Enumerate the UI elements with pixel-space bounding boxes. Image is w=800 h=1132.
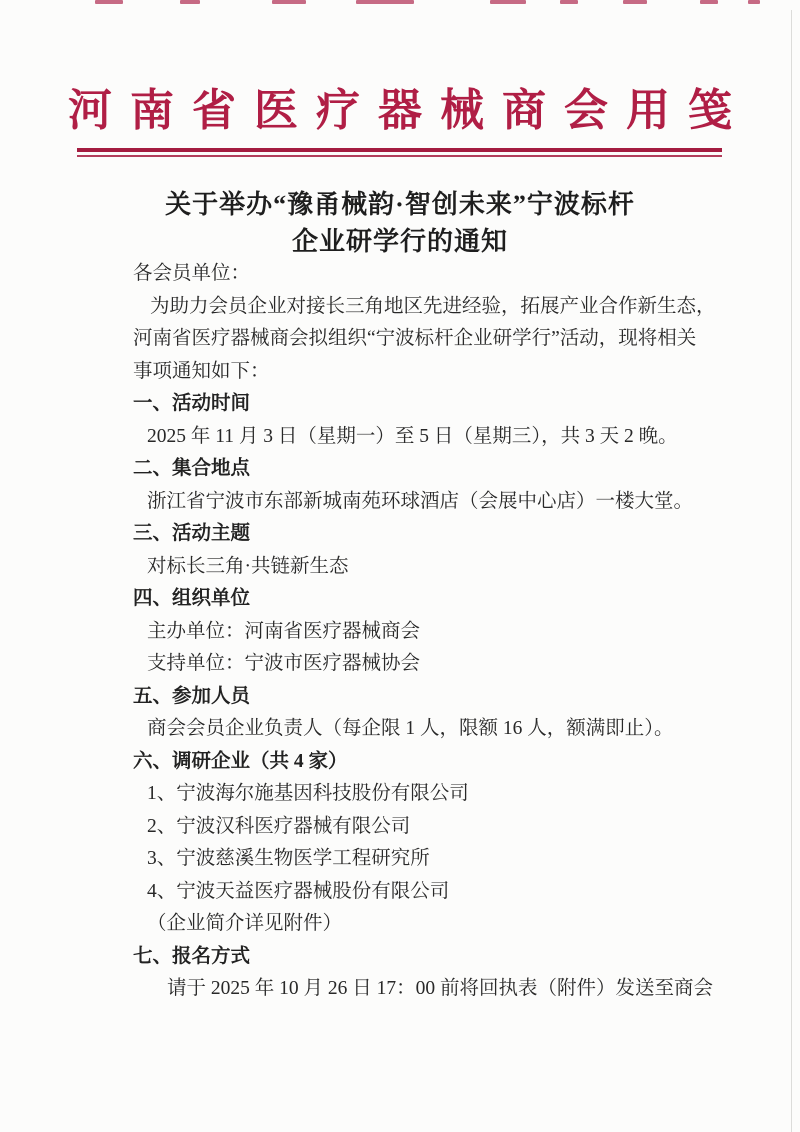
section-line: 对标长三角·共链新生态 xyxy=(133,551,713,584)
section-line: 1、宁波海尔施基因科技股份有限公司 xyxy=(133,778,713,811)
notice-title-line1: 关于举办“豫甬械韵·智创未来”宁波标杆 xyxy=(0,186,800,223)
section-heading: 三、活动主题 xyxy=(133,518,713,551)
section-line: 2025 年 11 月 3 日（星期一）至 5 日（星期三），共 3 天 2 晚… xyxy=(133,421,713,454)
notice-sections: 一、活动时间2025 年 11 月 3 日（星期一）至 5 日（星期三），共 3… xyxy=(133,388,713,1006)
scanned-notice-page: 河南省医疗器械商会用笺 关于举办“豫甬械韵·智创未来”宁波标杆 企业研学行的通知… xyxy=(0,0,800,1132)
section-line: 4、宁波天益医疗器械股份有限公司 xyxy=(133,876,713,909)
section-heading: 一、活动时间 xyxy=(133,388,713,421)
section-line: 支持单位：宁波市医疗器械协会 xyxy=(133,648,713,681)
letterhead-rule-thick xyxy=(77,148,722,152)
intro-line: 事项通知如下： xyxy=(133,356,713,389)
section-line: 主办单位：河南省医疗器械商会 xyxy=(133,616,713,649)
scan-mark xyxy=(272,0,306,4)
letterhead-title: 河南省医疗器械商会用笺 xyxy=(0,84,800,138)
section-heading: 四、组织单位 xyxy=(133,583,713,616)
scan-artifact-right-edge xyxy=(791,10,792,1132)
section-heading: 五、参加人员 xyxy=(133,681,713,714)
scan-mark xyxy=(700,0,718,4)
section-line: 浙江省宁波市东部新城南苑环球酒店（会展中心店）一楼大堂。 xyxy=(133,486,713,519)
section-heading: 七、报名方式 xyxy=(133,941,713,974)
scan-mark xyxy=(95,0,123,4)
section-heading: 六、调研企业（共 4 家） xyxy=(133,746,713,779)
scan-mark xyxy=(623,0,647,4)
notice-body: 各会员单位： 为助力会员企业对接长三角地区先进经验，拓展产业合作新生态， 河南省… xyxy=(133,258,713,1006)
notice-title-line2: 企业研学行的通知 xyxy=(0,223,800,260)
scan-mark xyxy=(356,0,414,4)
intro-line: 为助力会员企业对接长三角地区先进经验，拓展产业合作新生态， xyxy=(133,291,713,324)
letterhead-rule-thin xyxy=(77,155,722,157)
section-heading: 二、集合地点 xyxy=(133,453,713,486)
section-line: （企业简介详见附件） xyxy=(133,908,713,941)
scan-mark xyxy=(560,0,578,4)
intro-line: 河南省医疗器械商会拟组织“宁波标杆企业研学行”活动，现将相关 xyxy=(133,323,713,356)
salutation: 各会员单位： xyxy=(133,258,713,291)
scan-mark xyxy=(180,0,200,4)
scan-mark xyxy=(748,0,760,4)
section-line: 请于 2025 年 10 月 26 日 17：00 前将回执表（附件）发送至商会 xyxy=(133,973,713,1006)
section-line: 2、宁波汉科医疗器械有限公司 xyxy=(133,811,713,844)
scan-mark xyxy=(490,0,526,4)
notice-title: 关于举办“豫甬械韵·智创未来”宁波标杆 企业研学行的通知 xyxy=(0,186,800,260)
section-line: 3、宁波慈溪生物医学工程研究所 xyxy=(133,843,713,876)
section-line: 商会会员企业负责人（每企限 1 人，限额 16 人，额满即止）。 xyxy=(133,713,713,746)
